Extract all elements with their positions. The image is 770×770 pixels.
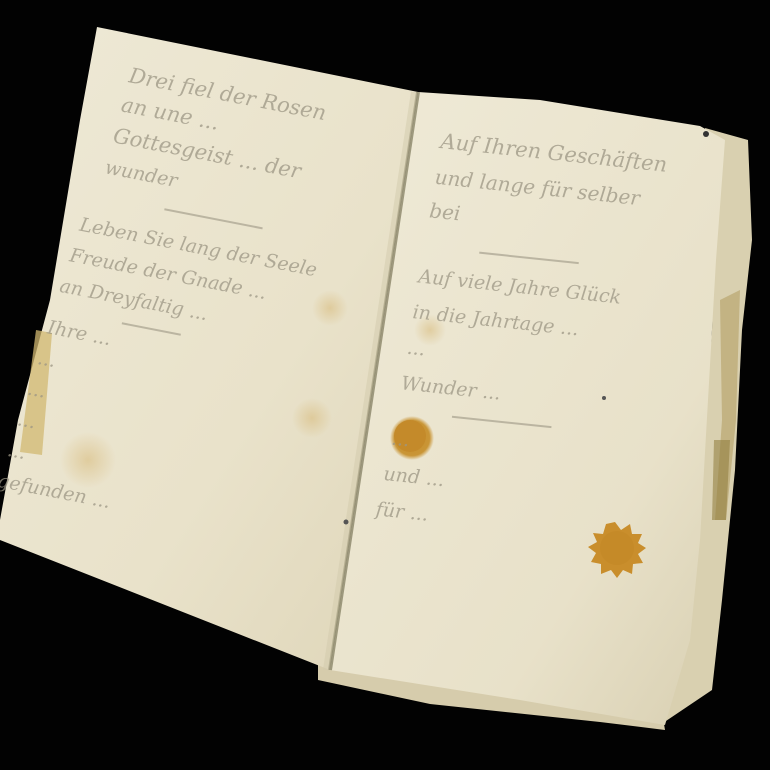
ink-speck bbox=[703, 131, 709, 137]
photo-scene: Drei fiel der Rosen an une ... Gottesgei… bbox=[0, 0, 770, 770]
svg-text:...: ... bbox=[390, 428, 410, 452]
faint-stain bbox=[60, 432, 116, 488]
notebook-photo: Drei fiel der Rosen an une ... Gottesgei… bbox=[0, 0, 770, 770]
faint-stain bbox=[292, 398, 332, 438]
svg-text:...: ... bbox=[406, 337, 426, 361]
faint-stain bbox=[312, 290, 348, 326]
ink-speck bbox=[602, 396, 606, 400]
svg-text:bei: bei bbox=[428, 198, 461, 225]
ink-speck bbox=[344, 520, 349, 525]
